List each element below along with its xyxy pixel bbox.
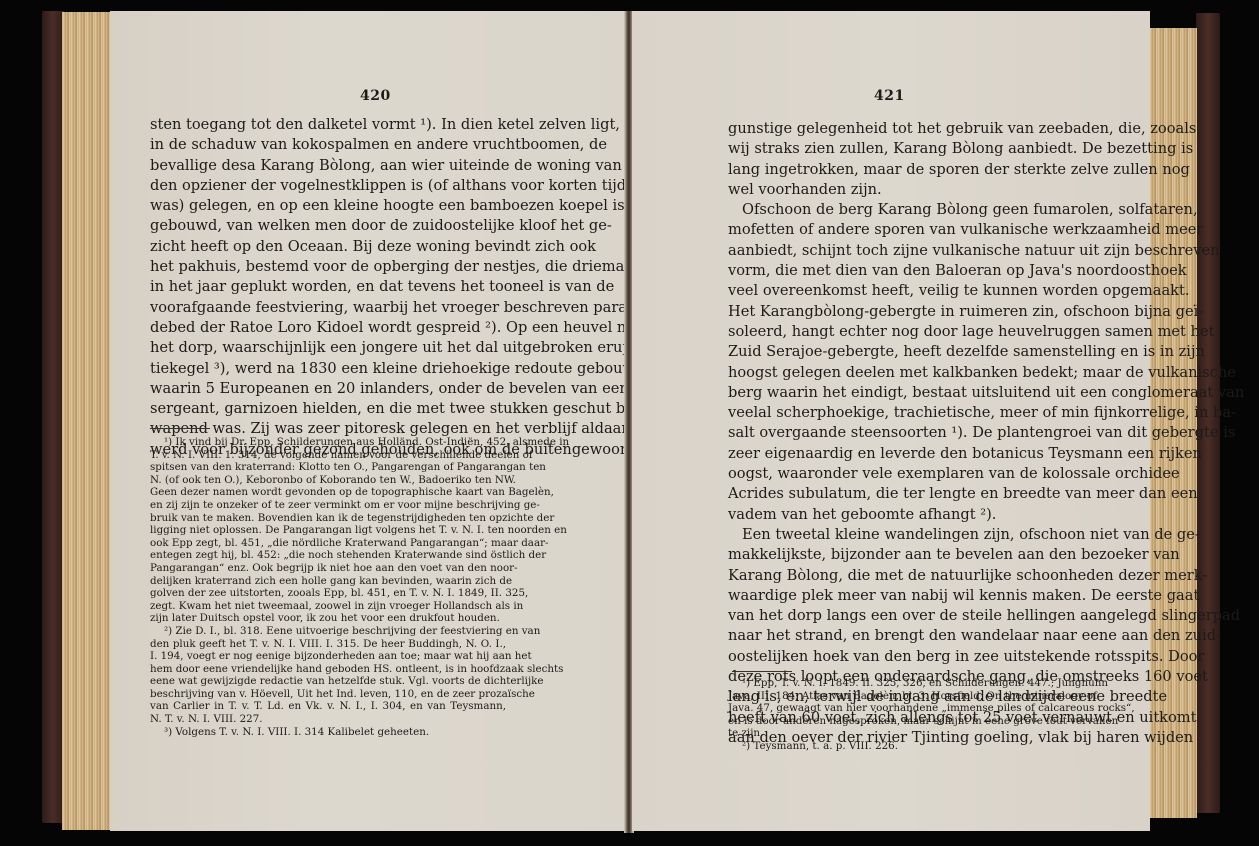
text-line: bevallige desa Karang Bòlong, aan wier u… — [150, 156, 506, 176]
text-line: beschrijving van v. Höevell, Uit het Ind… — [150, 688, 506, 701]
text-line: Java, III. 184; Atlas van Bagelèn, bl. 3… — [728, 690, 1079, 703]
book-cover-left — [42, 11, 64, 823]
left-page: 420 sten toegang tot den dalketel vormt … — [110, 11, 628, 831]
page-number: 420 — [360, 88, 391, 104]
text-line: sergeant, garnizoen hielden, en die met … — [150, 399, 506, 419]
text-line: en is door anderen nagesproken, maar sch… — [728, 715, 1079, 728]
text-line: voorafgaande feestviering, waarbij het v… — [150, 298, 506, 318]
text-line: bruik van te maken. Bovendien kan ik de … — [150, 512, 506, 525]
text-line: lang ingetrokken, maar de sporen der ste… — [728, 160, 1079, 180]
text-line: Java. 47, gewaagt van hier voorhandene „… — [728, 702, 1079, 715]
text-line: Een tweetal kleine wandelingen zijn, ofs… — [728, 525, 1079, 545]
text-line: van het dorp langs een over de steile he… — [728, 606, 1079, 626]
text-line: N. T. v. N. I. VIII. 227. — [150, 713, 506, 726]
text-line: ¹) Ik vind bij Dr. Epp, Schilderungen au… — [150, 436, 506, 449]
text-line: zeer eigenaardig en leverde den botanicu… — [728, 444, 1079, 464]
body-text: sten toegang tot den dalketel vormt ¹). … — [150, 115, 506, 460]
text-line: naar het strand, en brengt den wandelaar… — [728, 626, 1079, 646]
text-line: N. (of ook ten O.), Keboronbo of Koboran… — [150, 474, 506, 487]
text-line: spitsen van den kraterrand: Klotto ten O… — [150, 461, 506, 474]
text-line: gunstige gelegenheid tot het gebruik van… — [728, 119, 1079, 139]
footnote-divider — [150, 428, 210, 429]
text-line: ²) Teysmann, t. a. p. VIII. 226. — [728, 740, 1079, 753]
text-line: het dorp, waarschijnlijk een jongere uit… — [150, 338, 506, 358]
text-line: oostelijken hoek van den berg in zee uit… — [728, 647, 1079, 667]
text-line: ligging niet oplossen. De Pangarangan li… — [150, 524, 506, 537]
text-line: berg waarin het eindigt, bestaat uitslui… — [728, 383, 1079, 403]
text-line: salt overgaande steensoorten ¹). De plan… — [728, 423, 1079, 443]
text-line: oogst, waaronder vele exemplaren van de … — [728, 464, 1079, 484]
text-line: ¹) Epp, T. v. N. I. 1849. II. 325, 326, … — [728, 677, 1079, 690]
text-line: eene wat gewijzigde redactie van hetzelf… — [150, 675, 506, 688]
text-line: hem door eene vriendelijke hand geboden … — [150, 663, 506, 676]
footnotes: ¹) Ik vind bij Dr. Epp, Schilderungen au… — [150, 436, 506, 738]
text-line: T. v. N. I. VIII. 1. 314, de volgende na… — [150, 449, 506, 462]
footnotes: ¹) Epp, T. v. N. I. 1849. II. 325, 326, … — [728, 677, 1079, 753]
text-line: I. 194, voegt er nog eenige bijzonderhed… — [150, 650, 506, 663]
text-line: waardige plek meer van nabij wil kennis … — [728, 586, 1079, 606]
text-line: waarin 5 Europeanen en 20 inlanders, ond… — [150, 379, 506, 399]
text-line: het pakhuis, bestemd voor de opberging d… — [150, 257, 506, 277]
text-line: Acrides subulatum, die ter lengte en bre… — [728, 484, 1079, 504]
text-line: in het jaar geplukt worden, en dat teven… — [150, 277, 506, 297]
body-text: gunstige gelegenheid tot het gebruik van… — [728, 119, 1079, 748]
text-line: Pangarangan“ enz. Ook begrijp ik niet ho… — [150, 562, 506, 575]
text-line: mofetten of andere sporen van vulkanisch… — [728, 220, 1079, 240]
text-line: tiekegel ³), werd na 1830 een kleine dri… — [150, 359, 506, 379]
text-line: en zij zijn te onzeker of te zeer vermin… — [150, 499, 506, 512]
text-line: zicht heeft op den Oceaan. Bij deze woni… — [150, 237, 506, 257]
text-line: veel overeenkomst heeft, veilig te kunne… — [728, 281, 1079, 301]
page-number: 421 — [874, 88, 905, 104]
text-line: golven der zee uitstorten, zooals Epp, b… — [150, 587, 506, 600]
text-line: Geen dezer namen wordt gevonden op de to… — [150, 486, 506, 499]
text-line: vorm, die met dien van den Baloeran op J… — [728, 261, 1079, 281]
right-page: 421 gunstige gelegenheid tot het gebruik… — [632, 11, 1150, 831]
text-line: entegen zegt hij, bl. 452: „die noch ste… — [150, 549, 506, 562]
text-line: in de schaduw van kokospalmen en andere … — [150, 135, 506, 155]
text-line: Ofschoon de berg Karang Bòlong geen fuma… — [728, 200, 1079, 220]
text-line: delijken kraterrand zich een holle gang … — [150, 575, 506, 588]
text-line: Zuid Serajoe-gebergte, heeft dezelfde sa… — [728, 342, 1079, 362]
text-line: den pluk geeft het T. v. N. I. VIII. I. … — [150, 638, 506, 651]
text-line: den opziener der vogelnestklippen is (of… — [150, 176, 506, 196]
text-line: was) gelegen, en op een kleine hoogte ee… — [150, 196, 506, 216]
text-line: wel voorhanden zijn. — [728, 180, 1079, 200]
text-line: vadem van het geboomte afhangt ²). — [728, 505, 1079, 525]
text-line: ³) Volgens T. v. N. I. VIII. I. 314 Kali… — [150, 726, 506, 739]
text-line: van Carlier in T. v. T. Ld. en Vk. v. N.… — [150, 700, 506, 713]
text-line: zegt. Kwam het niet tweemaal, zoowel in … — [150, 600, 506, 613]
text-line: aanbiedt, schijnt toch zijne vulkanische… — [728, 241, 1079, 261]
text-line: debed der Ratoe Loro Kidoel wordt gespre… — [150, 318, 506, 338]
text-line: makkelijkste, bijzonder aan te bevelen a… — [728, 545, 1079, 565]
footnote-divider — [732, 671, 792, 672]
text-line: ²) Zie D. I., bl. 318. Eene uitvoerige b… — [150, 625, 506, 638]
page-edges-left — [62, 12, 111, 830]
text-line: gebouwd, van welken men door de zuidoost… — [150, 216, 506, 236]
text-line: Het Karangbòlong-gebergte in ruimeren zi… — [728, 302, 1079, 322]
text-line: ook Epp zegt, bl. 451, „die nördliche Kr… — [150, 537, 506, 550]
text-line: Karang Bòlong, die met de natuurlijke sc… — [728, 566, 1079, 586]
text-line: sten toegang tot den dalketel vormt ¹). … — [150, 115, 506, 135]
text-line: veelal scherphoekige, trachietische, mee… — [728, 403, 1079, 423]
text-line: wij straks zien zullen, Karang Bòlong aa… — [728, 139, 1079, 159]
text-line: te zijn. — [728, 727, 1079, 740]
text-line: soleerd, hangt echter nog door lage heuv… — [728, 322, 1079, 342]
text-line: zijn later Duitsch opstel voor, ik zou h… — [150, 612, 506, 625]
text-line: hoogst gelegen deelen met kalkbanken bed… — [728, 363, 1079, 383]
